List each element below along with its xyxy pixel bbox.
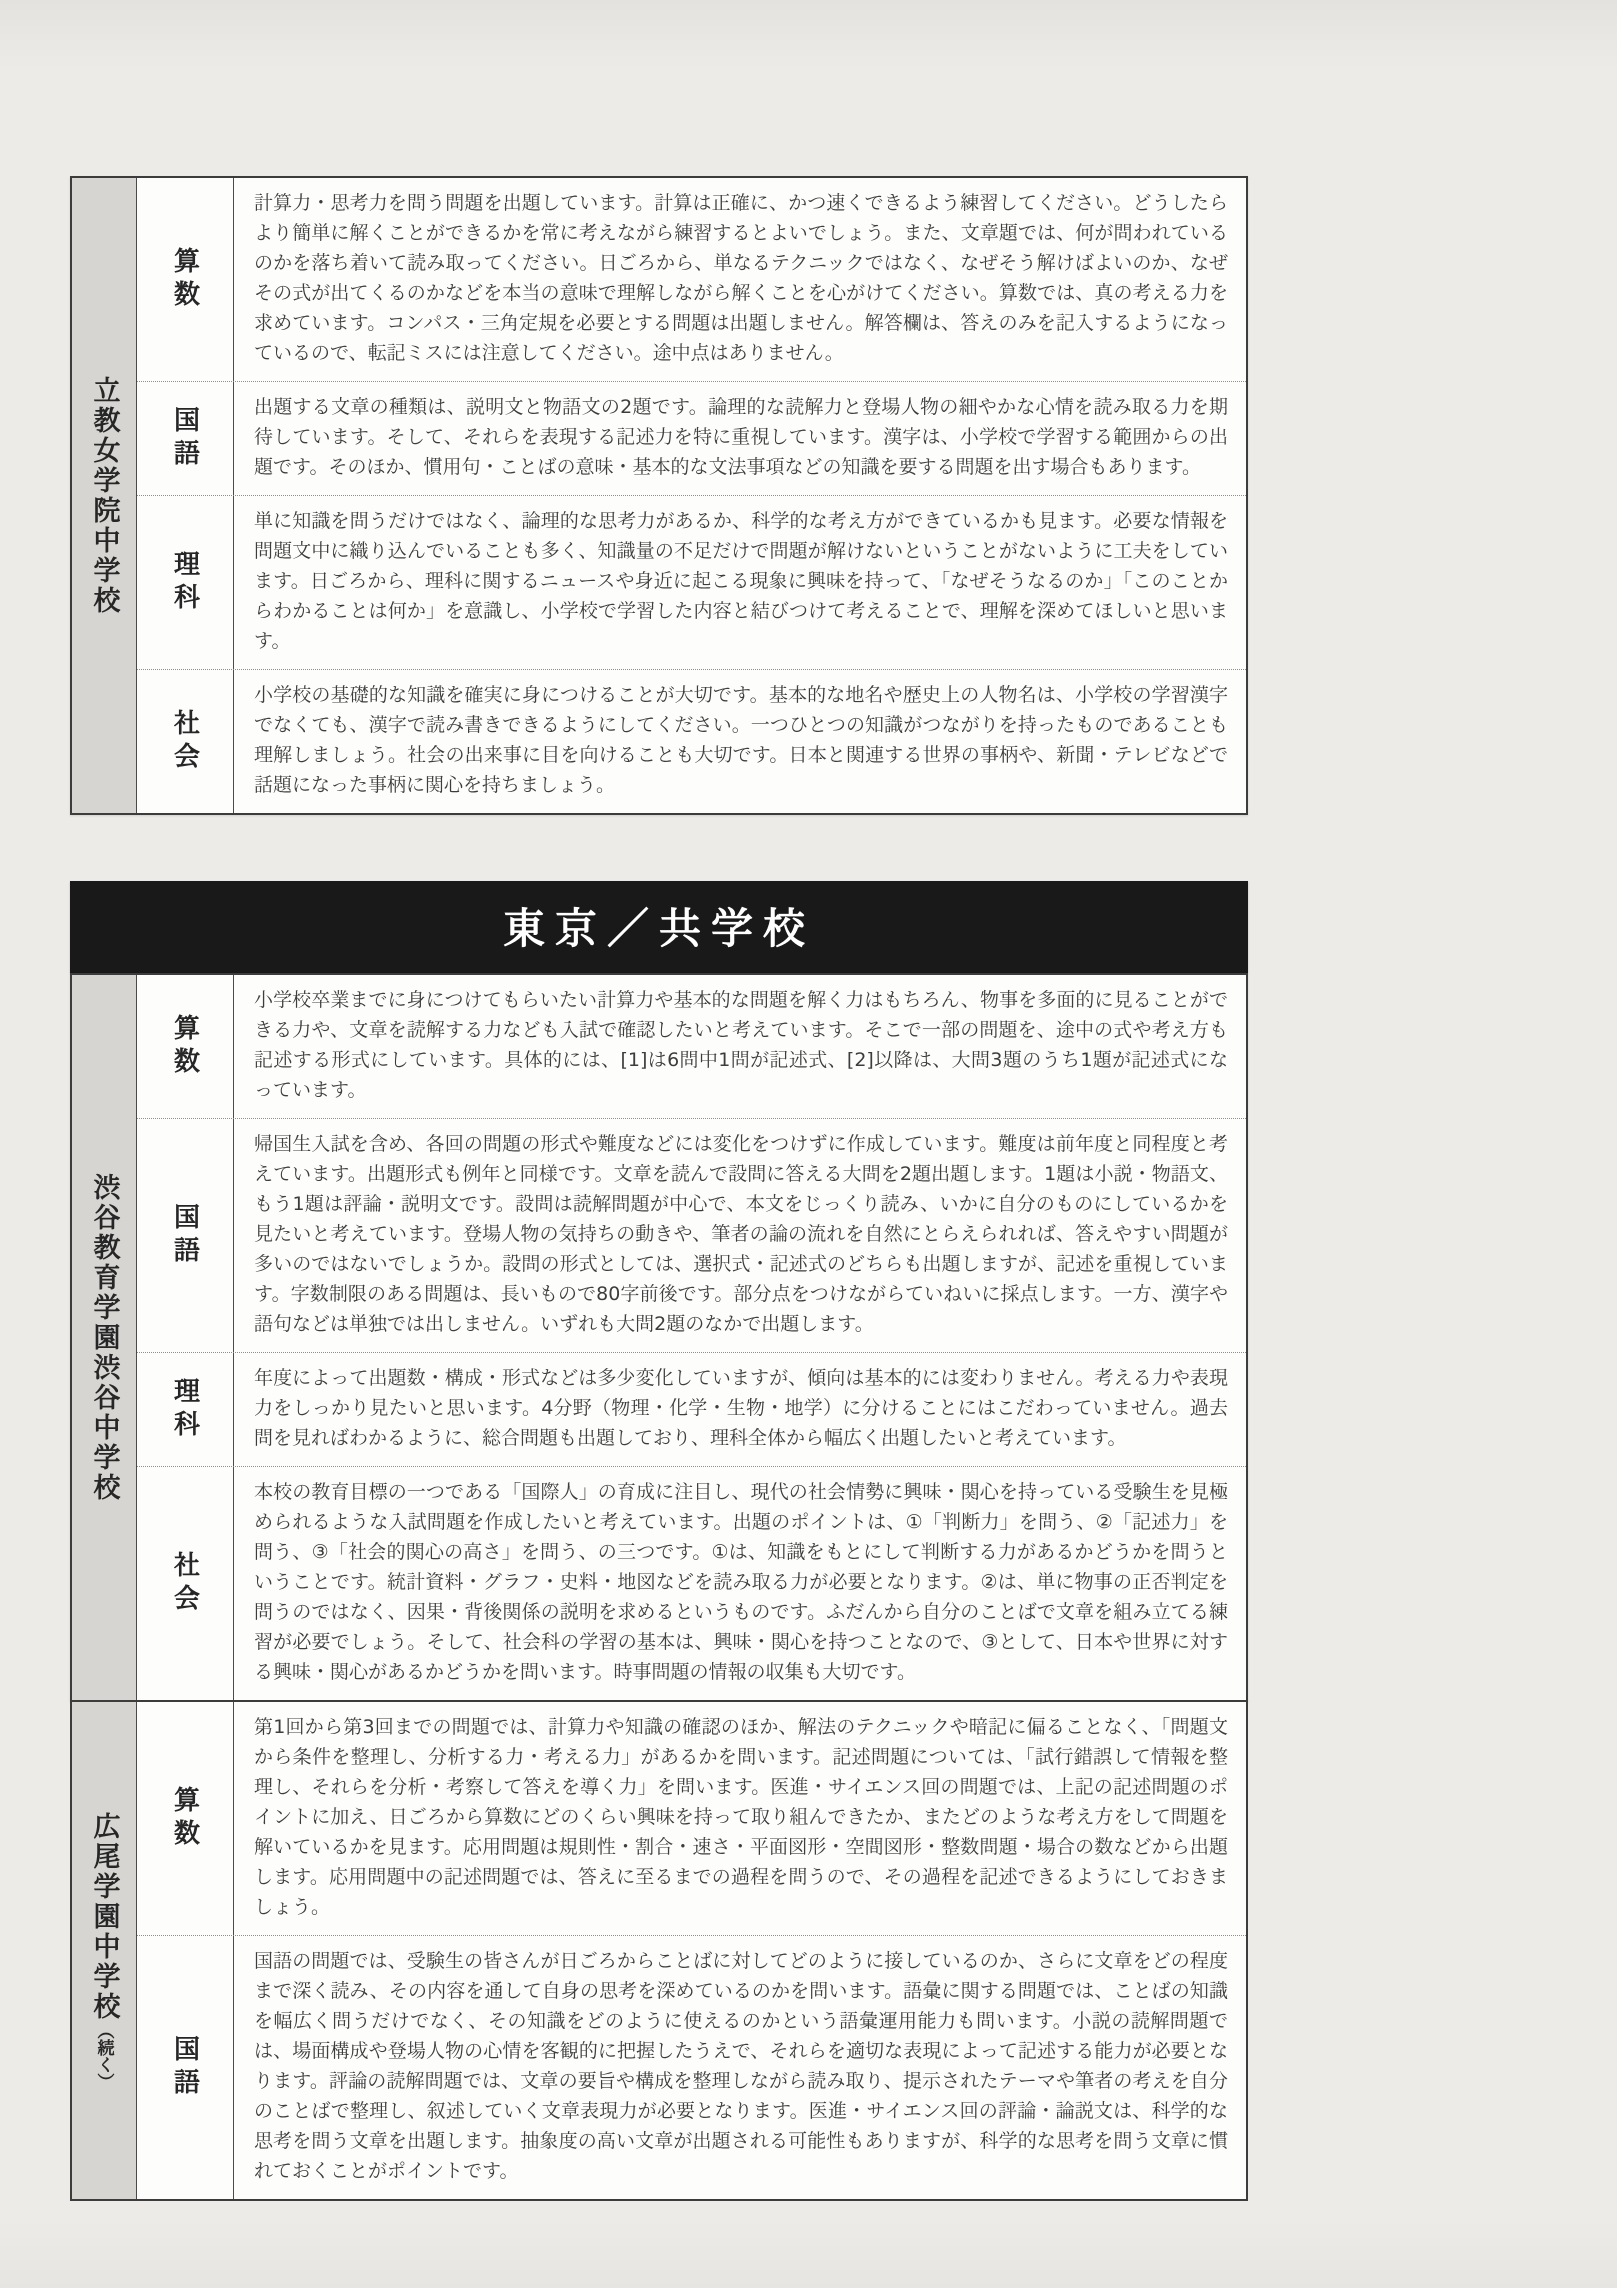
subject-comment-text: 国語の問題では、受験生の皆さんが日ごろからことばに対してどのように接しているのか… xyxy=(254,1946,1228,2186)
subject-row-science: 理科 年度によって出題数・構成・形式などは多少変化していますが、傾向は基本的には… xyxy=(137,1352,1246,1466)
document-content: 立教女学院中学校 算数 計算力・思考力を問う問題を出題しています。計算は正確に、… xyxy=(70,176,1248,2201)
subject-label: 算数 xyxy=(167,1014,204,1080)
subject-column: 国語 xyxy=(137,382,234,495)
school-name: 立教女学院中学校 xyxy=(85,376,124,616)
school-name-column: 立教女学院中学校 xyxy=(72,178,137,813)
subject-column: 国語 xyxy=(137,1936,234,2199)
subject-row-science: 理科 単に知識を問うだけではなく、論理的な思考力があるか、科学的な考え方ができて… xyxy=(137,495,1246,669)
subject-rows: 算数 計算力・思考力を問う問題を出題しています。計算は正確に、かつ速くできるよう… xyxy=(137,178,1246,813)
school-table-shibuya-kyoiku-gakuen: 渋谷教育学園渋谷中学校 算数 小学校卒業までに身につけてもらいたい計算力や基本的… xyxy=(70,973,1248,1702)
subject-row-social: 社会 小学校の基礎的な知識を確実に身につけることが大切です。基本的な地名や歴史上… xyxy=(137,669,1246,813)
subject-comment-text: 第1回から第3回までの問題では、計算力や知識の確認のほか、解法のテクニックや暗記… xyxy=(254,1712,1228,1922)
school-name-text: 広尾学園中学校 xyxy=(89,1812,120,2022)
subject-comment-text: 本校の教育目標の一つである「国際人」の育成に注目し、現代の社会情勢に興味・関心を… xyxy=(254,1477,1228,1687)
school-name: 広尾学園中学校（続く） xyxy=(85,1812,124,2090)
subject-column: 理科 xyxy=(137,1353,234,1466)
subject-comment-cell: 出題する文章の種類は、説明文と物語文の2題です。論理的な読解力と登場人物の細やか… xyxy=(234,382,1246,495)
subject-comment-cell: 年度によって出題数・構成・形式などは多少変化していますが、傾向は基本的には変わり… xyxy=(234,1353,1246,1466)
subject-column: 算数 xyxy=(137,975,234,1118)
subject-label: 算数 xyxy=(167,1786,204,1852)
section-header-bar: 東京／共学校 xyxy=(70,881,1248,973)
subject-comment-cell: 国語の問題では、受験生の皆さんが日ごろからことばに対してどのように接しているのか… xyxy=(234,1936,1246,2199)
school-name-column: 広尾学園中学校（続く） xyxy=(72,1702,137,2199)
school-name-note: （続く） xyxy=(94,2022,114,2090)
subject-comment-text: 計算力・思考力を問う問題を出題しています。計算は正確に、かつ速くできるよう練習し… xyxy=(254,188,1228,368)
subject-label: 国語 xyxy=(167,406,204,472)
subject-comment-text: 単に知識を問うだけではなく、論理的な思考力があるか、科学的な考え方ができているか… xyxy=(254,506,1228,656)
school-table-hiroo-gakuen: 広尾学園中学校（続く） 算数 第1回から第3回までの問題では、計算力や知識の確認… xyxy=(70,1702,1248,2201)
subject-row-math: 算数 計算力・思考力を問う問題を出題しています。計算は正確に、かつ速くできるよう… xyxy=(137,178,1246,381)
subject-column: 社会 xyxy=(137,1467,234,1700)
subject-row-japanese: 国語 国語の問題では、受験生の皆さんが日ごろからことばに対してどのように接してい… xyxy=(137,1935,1246,2199)
subject-comment-cell: 本校の教育目標の一つである「国際人」の育成に注目し、現代の社会情勢に興味・関心を… xyxy=(234,1467,1246,1700)
school-table-rikkyo-jogakuin: 立教女学院中学校 算数 計算力・思考力を問う問題を出題しています。計算は正確に、… xyxy=(70,176,1248,815)
subject-column: 国語 xyxy=(137,1119,234,1352)
subject-label: 国語 xyxy=(167,1203,204,1269)
subject-row-japanese: 国語 出題する文章の種類は、説明文と物語文の2題です。論理的な読解力と登場人物の… xyxy=(137,381,1246,495)
subject-label: 社会 xyxy=(167,1551,204,1617)
subject-rows: 算数 第1回から第3回までの問題では、計算力や知識の確認のほか、解法のテクニック… xyxy=(137,1702,1246,2199)
subject-column: 算数 xyxy=(137,178,234,381)
subject-column: 理科 xyxy=(137,496,234,669)
scanned-document-page: { "header_bar": { "label": "東京／共学校" }, "… xyxy=(0,0,1617,2288)
school-name-column: 渋谷教育学園渋谷中学校 xyxy=(72,975,137,1700)
subject-rows: 算数 小学校卒業までに身につけてもらいたい計算力や基本的な問題を解く力はもちろん… xyxy=(137,975,1246,1700)
subject-comment-text: 出題する文章の種類は、説明文と物語文の2題です。論理的な読解力と登場人物の細やか… xyxy=(254,392,1228,482)
subject-label: 理科 xyxy=(167,1377,204,1443)
school-name: 渋谷教育学園渋谷中学校 xyxy=(85,1173,124,1503)
subject-label: 社会 xyxy=(167,709,204,775)
subject-row-japanese: 国語 帰国生入試を含め、各回の問題の形式や難度などには変化をつけずに作成していま… xyxy=(137,1118,1246,1352)
subject-row-social: 社会 本校の教育目標の一つである「国際人」の育成に注目し、現代の社会情勢に興味・… xyxy=(137,1466,1246,1700)
subject-comment-cell: 単に知識を問うだけではなく、論理的な思考力があるか、科学的な考え方ができているか… xyxy=(234,496,1246,669)
subject-label: 算数 xyxy=(167,247,204,313)
subject-comment-cell: 小学校の基礎的な知識を確実に身につけることが大切です。基本的な地名や歴史上の人物… xyxy=(234,670,1246,813)
subject-label: 国語 xyxy=(167,2035,204,2101)
subject-comment-cell: 小学校卒業までに身につけてもらいたい計算力や基本的な問題を解く力はもちろん、物事… xyxy=(234,975,1246,1118)
subject-comment-text: 小学校卒業までに身につけてもらいたい計算力や基本的な問題を解く力はもちろん、物事… xyxy=(254,985,1228,1105)
subject-label: 理科 xyxy=(167,550,204,616)
subject-comment-text: 年度によって出題数・構成・形式などは多少変化していますが、傾向は基本的には変わり… xyxy=(254,1363,1228,1453)
subject-comment-cell: 計算力・思考力を問う問題を出題しています。計算は正確に、かつ速くできるよう練習し… xyxy=(234,178,1246,381)
subject-comment-text: 帰国生入試を含め、各回の問題の形式や難度などには変化をつけずに作成しています。難… xyxy=(254,1129,1228,1339)
subject-comment-cell: 第1回から第3回までの問題では、計算力や知識の確認のほか、解法のテクニックや暗記… xyxy=(234,1702,1246,1935)
subject-row-math: 算数 小学校卒業までに身につけてもらいたい計算力や基本的な問題を解く力はもちろん… xyxy=(137,975,1246,1118)
subject-row-math: 算数 第1回から第3回までの問題では、計算力や知識の確認のほか、解法のテクニック… xyxy=(137,1702,1246,1935)
subject-comment-cell: 帰国生入試を含め、各回の問題の形式や難度などには変化をつけずに作成しています。難… xyxy=(234,1119,1246,1352)
subject-column: 社会 xyxy=(137,670,234,813)
subject-comment-text: 小学校の基礎的な知識を確実に身につけることが大切です。基本的な地名や歴史上の人物… xyxy=(254,680,1228,800)
subject-column: 算数 xyxy=(137,1702,234,1935)
